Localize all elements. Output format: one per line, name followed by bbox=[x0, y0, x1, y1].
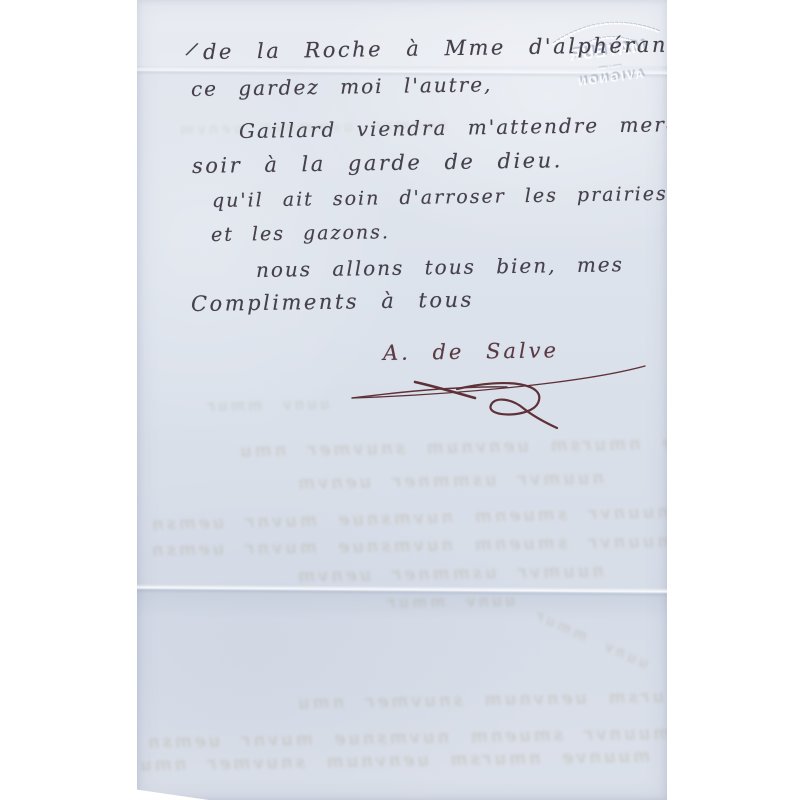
bleedthrough-line: nuumvr usmmner uenvm bbox=[295, 560, 604, 586]
bleedthrough-line: muunve nmursm uenvnum snuvmer nmu bbox=[295, 684, 667, 714]
paper-corner-notch bbox=[137, 787, 209, 800]
letter-line: ce gardez moi l'autre, bbox=[191, 72, 493, 101]
letter-line: et les gazons. bbox=[211, 221, 390, 246]
bleedthrough-line: uunv mmur bbox=[385, 591, 516, 612]
letter-line: nous allons tous bien, mes bbox=[256, 252, 624, 282]
letter-paper: MAYEUR —·— AVIGNON / de la Roche à Mme d… bbox=[137, 0, 667, 800]
stamp-city-text: AVIGNON bbox=[576, 68, 645, 88]
bleedthrough-line: nuumvr usmmner uenvm bbox=[295, 467, 604, 493]
scan-background: MAYEUR —·— AVIGNON / de la Roche à Mme d… bbox=[0, 0, 800, 800]
bleedthrough-line: nsumvne muunvr smuenm nuvmsnue muvnr uem… bbox=[149, 498, 667, 535]
bleedthrough-line: uunv mmur bbox=[205, 395, 330, 415]
letter-line: Compliments à tous bbox=[191, 288, 474, 316]
bleedthrough-line: nsumvne muunvr smuenm nuvmsnue muvnr uem… bbox=[149, 528, 667, 560]
letter-line: qu'il ait soin d'arroser les prairies bbox=[212, 183, 667, 212]
letter-line: soir à la garde de dieu. bbox=[192, 148, 563, 178]
